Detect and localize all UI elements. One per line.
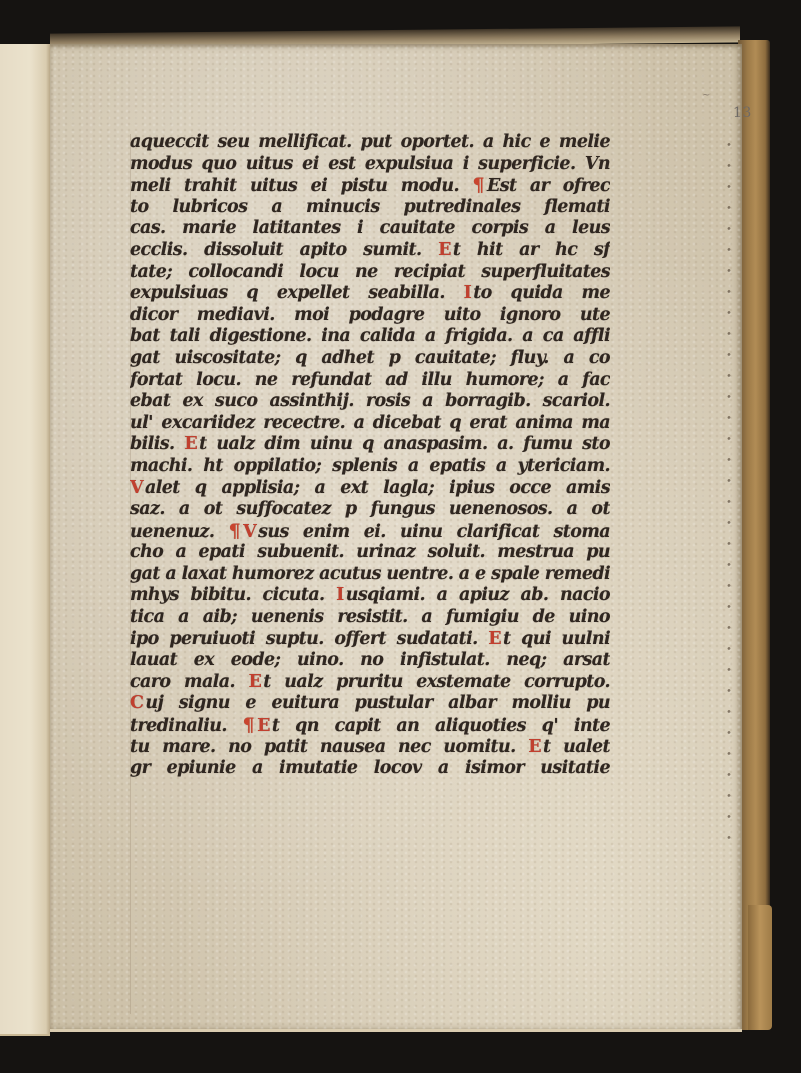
line-post-text: t ualz dim uinu q anaspasim. a. fumu sto [199, 434, 610, 454]
line-main-text: bilis. [130, 434, 184, 454]
line-main-text: ebat ex suco assinthij. rosis a borragib… [130, 391, 610, 411]
line-text: aqueccit seu mellificat. put oportet. a … [130, 132, 610, 154]
text-block: aqueccit seu mellificat. put oportet. a … [130, 132, 610, 780]
line-text: tate; collocandi locu ne recipiat superf… [130, 262, 610, 284]
line-main-text: tu mare. no patit nausea nec uomitu. [130, 737, 528, 757]
line-post-text: t hit ar hc sf [453, 240, 610, 260]
line-main-text: cas. marie latitantes i cauitate corpis … [130, 218, 610, 238]
manuscript-line: cho a epati subuenit. urinaz soluit. mes… [130, 542, 610, 564]
paragraph-mark-icon: ¶ [229, 521, 241, 542]
rubricated-initial: E [257, 716, 270, 736]
manuscript-line: cas. marie latitantes i cauitate corpis … [130, 218, 610, 240]
manuscript-line: ebat ex suco assinthij. rosis a borragib… [130, 391, 610, 413]
line-main-text: ecclis. dissoluit apito sumit. [130, 240, 438, 260]
line-text: cho a epati subuenit. urinaz soluit. mes… [130, 542, 610, 564]
line-main-text: gat uiscositate; q adhet p cauitate; flu… [130, 348, 610, 368]
line-main-text: alet q applisia; a ext lagla; ipius occe… [145, 478, 610, 498]
line-text: cas. marie latitantes i cauitate corpis … [130, 218, 610, 240]
line-main-text: bat tali digestione. ina calida a frigid… [130, 326, 610, 346]
rubricated-initial: I [336, 585, 344, 605]
manuscript-line: ul' excariidez recectre. a dicebat q era… [130, 413, 610, 435]
line-text: caro mala. Et ualz pruritu exstemate cor… [130, 672, 610, 694]
line-main-text: lauat ex eode; uino. no infistulat. neq;… [130, 650, 610, 670]
book-fore-edge-lower [748, 905, 772, 1030]
pricking-holes [727, 134, 731, 854]
line-main-text: machi. ht oppilatio; splenis a epatis a … [130, 456, 610, 476]
manuscript-line: mhys bibitu. cicuta. Iusqiami. a apiuz a… [130, 585, 610, 607]
line-text: gr epiunie a imutatie locov a isimor usi… [130, 758, 610, 780]
line-main-text: meli trahit uitus ei pistu modu. [130, 176, 472, 196]
line-text: ebat ex suco assinthij. rosis a borragib… [130, 391, 610, 413]
paragraph-mark-icon: ¶ [243, 715, 255, 736]
line-text: ipo peruiuoti suptu. offert sudatati. Et… [130, 629, 610, 651]
line-main-text: ul' excariidez recectre. a dicebat q era… [130, 413, 610, 433]
line-text: tredinaliu. ¶Et qn capit an aliquoties q… [130, 715, 610, 737]
line-text: dicor mediavi. moi podagre uito ignoro u… [130, 305, 610, 327]
line-main-text: tredinaliu. [130, 716, 243, 736]
line-text: to lubricos a minucis putredinales flema… [130, 197, 610, 219]
line-main-text: tica a aib; uenenis resistit. a fumigiu … [130, 607, 610, 627]
line-text: uenenuz. ¶Vsus enim ei. uinu clarificat … [130, 521, 610, 543]
line-text: fortat locu. ne refundat ad illu humore;… [130, 370, 610, 392]
folio-faint-mark: ~ [702, 90, 710, 101]
line-main-text: modus quo uitus ei est expulsiua i super… [130, 154, 610, 174]
line-main-text: to lubricos a minucis putredinales flema… [130, 197, 610, 217]
line-text: tu mare. no patit nausea nec uomitu. Et … [130, 737, 610, 759]
line-text: bilis. Et ualz dim uinu q anaspasim. a. … [130, 434, 610, 456]
rubricated-initial: E [488, 629, 501, 649]
line-text: Cuj signu e euitura pustular albar molli… [130, 693, 610, 715]
line-text: expulsiuas q expellet seabilla. Ito quid… [130, 283, 610, 305]
manuscript-line: tica a aib; uenenis resistit. a fumigiu … [130, 607, 610, 629]
rubricated-initial: V [130, 478, 143, 498]
line-text: ecclis. dissoluit apito sumit. Et hit ar… [130, 240, 610, 262]
book-fore-edge [738, 40, 770, 1030]
rubricated-initial: E [528, 737, 541, 757]
manuscript-line: saz. a ot suffocatez p fungus uenenosos.… [130, 499, 610, 521]
line-text: ul' excariidez recectre. a dicebat q era… [130, 413, 610, 435]
paragraph-mark-icon: ¶ [472, 175, 484, 196]
manuscript-line: dicor mediavi. moi podagre uito ignoro u… [130, 305, 610, 327]
line-text: gat uiscositate; q adhet p cauitate; flu… [130, 348, 610, 370]
manuscript-line: gat a laxat humorez acutus uentre. a e s… [130, 564, 610, 586]
line-text: gat a laxat humorez acutus uentre. a e s… [130, 564, 610, 586]
line-text: lauat ex eode; uino. no infistulat. neq;… [130, 650, 610, 672]
manuscript-line: caro mala. Et ualz pruritu exstemate cor… [130, 672, 610, 694]
facing-leaf-edge [0, 44, 50, 1036]
line-text: Valet q applisia; a ext lagla; ipius occ… [130, 478, 610, 500]
manuscript-line: gr epiunie a imutatie locov a isimor usi… [130, 758, 610, 780]
manuscript-line: to lubricos a minucis putredinales flema… [130, 197, 610, 219]
line-text: modus quo uitus ei est expulsiua i super… [130, 154, 610, 176]
line-text: machi. ht oppilatio; splenis a epatis a … [130, 456, 610, 478]
line-text: saz. a ot suffocatez p fungus uenenosos.… [130, 499, 610, 521]
manuscript-photo: ~ 13 aqueccit seu mellificat. put oporte… [0, 0, 801, 1073]
line-main-text: dicor mediavi. moi podagre uito ignoro u… [130, 305, 610, 325]
manuscript-line: fortat locu. ne refundat ad illu humore;… [130, 370, 610, 392]
manuscript-line: Cuj signu e euitura pustular albar molli… [130, 693, 610, 715]
rubricated-initial: C [130, 693, 143, 713]
rubricated-initial: E [249, 672, 262, 692]
line-main-text: gat a laxat humorez acutus uentre. a e s… [130, 564, 610, 584]
line-main-text: expulsiuas q expellet seabilla. [130, 283, 464, 303]
line-post-text: t ualz pruritu exstemate corrupto. [263, 672, 610, 692]
manuscript-line: meli trahit uitus ei pistu modu. ¶Est ar… [130, 175, 610, 197]
line-main-text: gr epiunie a imutatie locov a isimor usi… [130, 758, 610, 778]
manuscript-line: lauat ex eode; uino. no infistulat. neq;… [130, 650, 610, 672]
manuscript-line: machi. ht oppilatio; splenis a epatis a … [130, 456, 610, 478]
line-post-text: Est ar ofrec [487, 176, 610, 196]
line-main-text: cho a epati subuenit. urinaz soluit. mes… [130, 542, 610, 562]
line-post-text: to quida me [473, 283, 610, 303]
manuscript-line: bilis. Et ualz dim uinu q anaspasim. a. … [130, 434, 610, 456]
manuscript-line: Valet q applisia; a ext lagla; ipius occ… [130, 478, 610, 500]
line-post-text: t ualet [543, 737, 610, 757]
manuscript-line: ecclis. dissoluit apito sumit. Et hit ar… [130, 240, 610, 262]
line-post-text: sus enim ei. uinu clarificat stoma [258, 522, 610, 542]
manuscript-line: gat uiscositate; q adhet p cauitate; flu… [130, 348, 610, 370]
line-main-text: mhys bibitu. cicuta. [130, 585, 336, 605]
manuscript-line: bat tali digestione. ina calida a frigid… [130, 326, 610, 348]
manuscript-line: modus quo uitus ei est expulsiua i super… [130, 154, 610, 176]
rubricated-initial: V [243, 522, 256, 542]
manuscript-line: aqueccit seu mellificat. put oportet. a … [130, 132, 610, 154]
manuscript-line: tate; collocandi locu ne recipiat superf… [130, 262, 610, 284]
line-post-text: usqiami. a apiuz ab. nacio [346, 585, 610, 605]
line-main-text: caro mala. [130, 672, 249, 692]
line-text: tica a aib; uenenis resistit. a fumigiu … [130, 607, 610, 629]
line-main-text: uenenuz. [130, 522, 229, 542]
manuscript-line: tredinaliu. ¶Et qn capit an aliquoties q… [130, 715, 610, 737]
folio-number: 13 [733, 105, 752, 121]
manuscript-line: tu mare. no patit nausea nec uomitu. Et … [130, 737, 610, 759]
line-text: meli trahit uitus ei pistu modu. ¶Est ar… [130, 175, 610, 197]
rubricated-initial: E [438, 240, 451, 260]
rubricated-initial: I [464, 283, 472, 303]
line-post-text: t qui uulni [503, 629, 610, 649]
manuscript-line: expulsiuas q expellet seabilla. Ito quid… [130, 283, 610, 305]
line-main-text: fortat locu. ne refundat ad illu humore;… [130, 370, 610, 390]
rubricated-initial: E [184, 434, 197, 454]
line-main-text: tate; collocandi locu ne recipiat superf… [130, 262, 610, 282]
line-main-text: saz. a ot suffocatez p fungus uenenosos.… [130, 499, 610, 519]
line-main-text: uj signu e euitura pustular albar molliu… [145, 693, 610, 713]
line-main-text: aqueccit seu mellificat. put oportet. a … [130, 132, 610, 152]
line-post-text: t qn capit an aliquoties q' inte [272, 716, 610, 736]
line-text: bat tali digestione. ina calida a frigid… [130, 326, 610, 348]
manuscript-line: uenenuz. ¶Vsus enim ei. uinu clarificat … [130, 521, 610, 543]
line-main-text: ipo peruiuoti suptu. offert sudatati. [130, 629, 488, 649]
line-text: mhys bibitu. cicuta. Iusqiami. a apiuz a… [130, 585, 610, 607]
manuscript-line: ipo peruiuoti suptu. offert sudatati. Et… [130, 629, 610, 651]
